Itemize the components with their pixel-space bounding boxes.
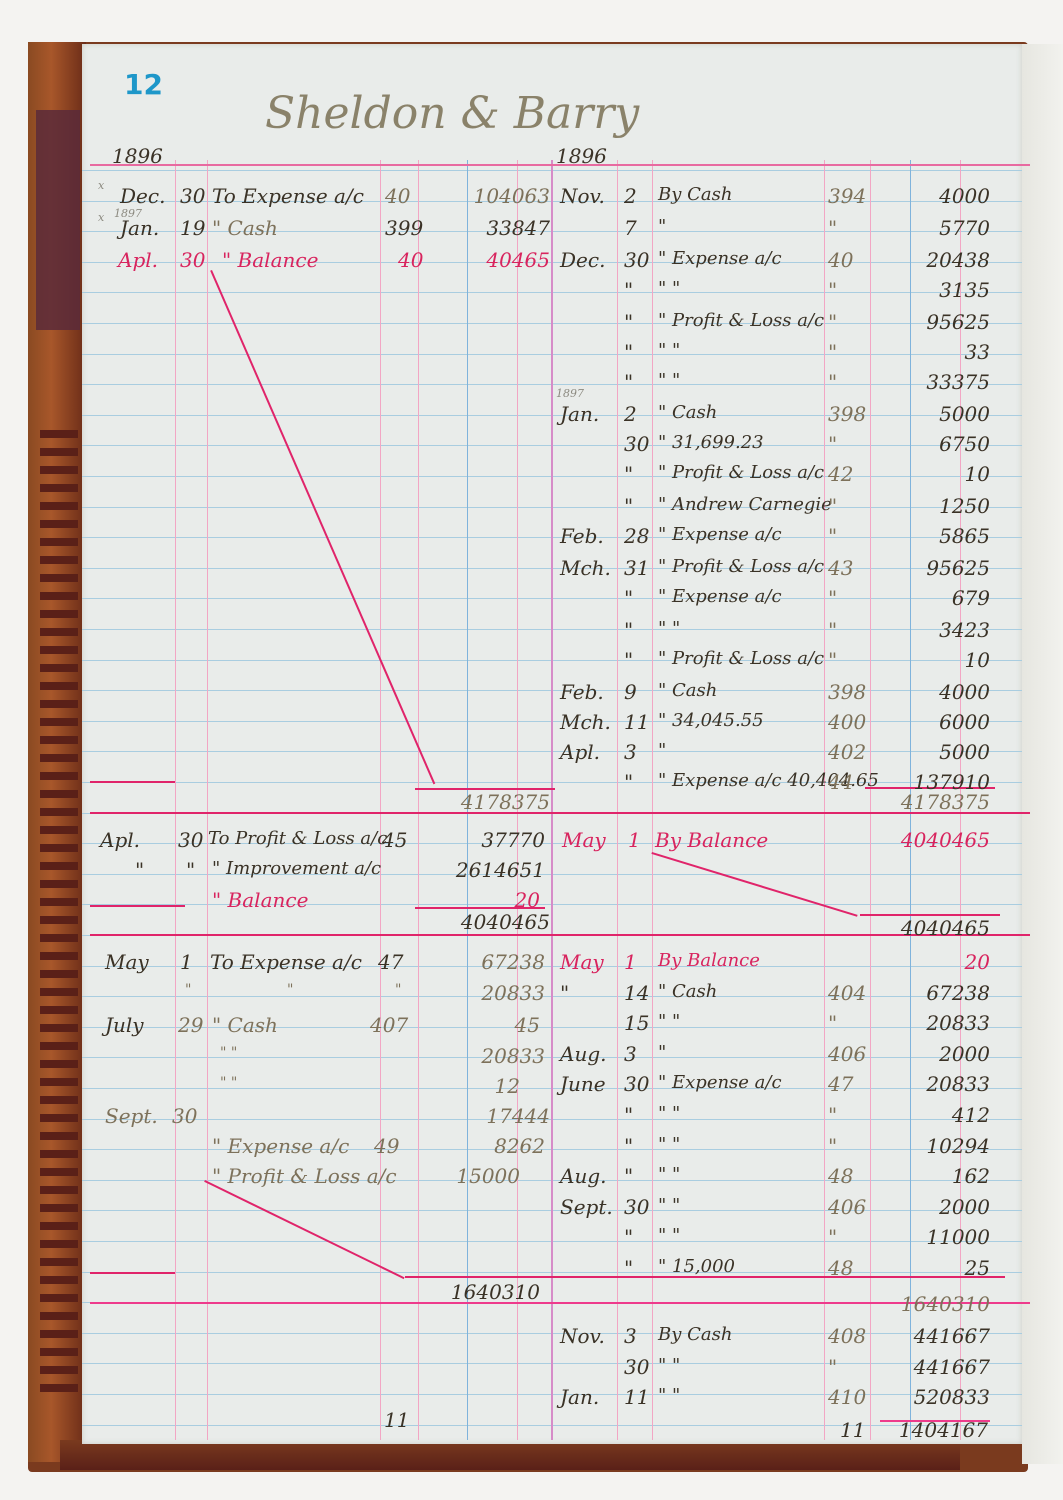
entry-date-day: 7 [624, 218, 637, 238]
entry-folio: " [828, 434, 837, 454]
entry-description: By Balance [655, 830, 768, 850]
entry-folio: " [828, 620, 837, 640]
entry-date-day: 30 [624, 1357, 649, 1377]
entry-amount: 10 [870, 650, 990, 670]
entry-date-day: 1 [624, 952, 637, 972]
spine-stripe [40, 610, 78, 618]
entry-description: " Andrew Carnegie [658, 496, 832, 514]
spine-stripe [40, 628, 78, 636]
entry-date-day: 2 [624, 404, 637, 424]
entry-month: Apl. [118, 250, 158, 270]
entry-amount: 5000 [870, 742, 990, 762]
entry-date-month: Nov. [560, 1326, 605, 1346]
entry-amount: 20833 [870, 1074, 990, 1094]
entry-amount: 20 [430, 890, 540, 910]
entry-amount: 4000 [870, 682, 990, 702]
debit-date-rule-3 [90, 1272, 175, 1274]
entry-amount: 4000 [870, 186, 990, 206]
credit-year-header: 1896 [556, 146, 607, 166]
entry-folio: " [828, 218, 837, 238]
spine-stripe [40, 1078, 78, 1086]
entry-description: " Expense a/c [212, 1136, 349, 1156]
spine-stripe [40, 502, 78, 510]
facing-page-edge [1022, 44, 1063, 1464]
spine-stripe [40, 1114, 78, 1122]
entry-folio: 398 [828, 404, 866, 424]
entry-date-day: " [624, 1105, 633, 1125]
entry-folio: 410 [828, 1387, 866, 1407]
spine-stripe [40, 826, 78, 834]
entry-day: 30 [178, 830, 203, 850]
entry-folio: 399 [385, 218, 423, 238]
entry-day: " [186, 860, 195, 880]
entry-description: " 15,000 [658, 1258, 735, 1276]
col-folio-divider [380, 160, 381, 1440]
col-amount-divider [418, 160, 419, 1440]
account-title: Sheldon & Barry [265, 92, 639, 136]
spine-stripe [40, 952, 78, 960]
entry-description: " " [658, 1105, 680, 1123]
entry-day: 1 [180, 952, 193, 972]
ditto-folio: " [395, 983, 401, 997]
entry-folio: 408 [828, 1326, 866, 1346]
entry-amount: 162 [870, 1166, 990, 1186]
entry-date-day: " [624, 312, 633, 332]
spine-stripe [40, 682, 78, 690]
spine-stripe [40, 1150, 78, 1158]
entry-month: May [562, 830, 606, 850]
spine-stripe [40, 592, 78, 600]
spine-stripe [40, 844, 78, 852]
entry-amount: 95625 [870, 558, 990, 578]
spine-stripe [40, 484, 78, 492]
entry-day: 1 [628, 830, 641, 850]
entry-folio: " [828, 312, 837, 332]
entry-amount: 15000 [420, 1166, 520, 1186]
entry-amount: 10294 [870, 1136, 990, 1156]
entry-amount: 5865 [870, 526, 990, 546]
center-divider [551, 160, 553, 1440]
entry-folio: 49 [374, 1136, 399, 1156]
entry-date-day: 3 [624, 1044, 637, 1064]
spine-stripe [40, 1240, 78, 1248]
entry-folio: 407 [370, 1015, 408, 1035]
entry-date-month: Nov. [560, 186, 605, 206]
entry-amount: 5770 [870, 218, 990, 238]
entry-date-month: Feb. [560, 526, 604, 546]
spine-stripe [40, 1204, 78, 1212]
entry-amount: 12 [440, 1076, 520, 1096]
entry-date-day: 14 [624, 983, 649, 1003]
spine-stripe [40, 1276, 78, 1284]
entry-date-day: " [624, 1227, 633, 1247]
entry-date-day: 3 [624, 742, 637, 762]
entry-date-month: Mch. [560, 712, 611, 732]
entry-description: " " [658, 620, 680, 638]
ditto-desc: " " [220, 1076, 237, 1090]
entry-date-day: 30 [624, 1197, 649, 1217]
entry-folio: " [828, 650, 837, 670]
entry-day: 19 [180, 218, 205, 238]
entry-amount: 2614651 [430, 860, 545, 880]
entry-amount: 2000 [870, 1197, 990, 1217]
entry-amount: 17444 [440, 1106, 550, 1126]
spine-stripe [40, 718, 78, 726]
credit-subtotal-2: 4040465 [850, 918, 990, 938]
entry-amount: 3135 [870, 280, 990, 300]
entry-description: " Profit & Loss a/c [658, 650, 824, 668]
entry-date-day: " [624, 772, 633, 792]
cr-col-desc-divider [652, 160, 653, 1440]
entry-amount: 20438 [870, 250, 990, 270]
entry-description: " " [658, 372, 680, 390]
entry-amount: 33847 [440, 218, 550, 238]
entry-amount: 20833 [440, 1046, 545, 1066]
entry-description: " Profit & Loss a/c [658, 558, 824, 576]
entry-date-day: " [624, 588, 633, 608]
entry-folio: " [828, 496, 837, 516]
entry-description: " Balance [212, 890, 308, 910]
entry-folio: " [828, 1357, 837, 1377]
entry-month: " [135, 860, 144, 880]
spine-stripe [40, 1024, 78, 1032]
spine-stripe [40, 1222, 78, 1230]
entry-description: To Expense a/c [212, 186, 364, 206]
entry-date-month: Jan. [560, 1387, 599, 1407]
entry-folio: 402 [828, 742, 866, 762]
credit-subtotal-3: 1640310 [855, 1294, 990, 1314]
spine-stripe [40, 1294, 78, 1302]
entry-day: 30 [180, 250, 205, 270]
margin-mark: x [98, 212, 104, 223]
entry-date-month: Jan. [560, 404, 599, 424]
cr-col-day-divider [617, 160, 618, 1440]
entry-date-day: " [624, 1136, 633, 1156]
spine-stripe [40, 664, 78, 672]
entry-description: By Cash [658, 186, 732, 204]
entry-description: " Cash [212, 1015, 278, 1035]
entry-date-day: " [624, 280, 633, 300]
credit-footer-total: 1404167 [860, 1420, 988, 1440]
entry-amount: 3423 [870, 620, 990, 640]
entry-description: To Expense a/c [210, 952, 362, 972]
entry-description: " " [658, 1166, 680, 1184]
entry-month: Dec. [120, 186, 165, 206]
entry-date-day: 11 [624, 1387, 649, 1407]
entry-amount: 20833 [440, 983, 545, 1003]
spine-stripe [40, 448, 78, 456]
debit-date-rule-1 [90, 781, 175, 783]
entry-amount: 441667 [870, 1326, 990, 1346]
entry-amount: 10 [870, 464, 990, 484]
debit-subtotal-1: 4178375 [420, 792, 550, 812]
entry-date-day: " [624, 496, 633, 516]
spine-patch [36, 110, 80, 330]
entry-month: Apl. [100, 830, 140, 850]
entry-date-month: May [560, 952, 604, 972]
entry-amount: 1250 [870, 496, 990, 516]
spine-stripe [40, 1384, 78, 1392]
entry-date-day: " [624, 620, 633, 640]
ditto-desc: " " [220, 1046, 237, 1060]
entry-folio: 40 [385, 186, 410, 206]
entry-amount: 2000 [870, 1044, 990, 1064]
spine-stripe [40, 556, 78, 564]
entry-description: " Expense a/c [658, 250, 782, 268]
entry-date-day: " [624, 464, 633, 484]
entry-amount: 137910 [870, 772, 990, 792]
entry-date-day: 2 [624, 186, 637, 206]
entry-folio: " [828, 280, 837, 300]
page-number: 12 [124, 68, 163, 101]
entry-folio: 42 [828, 464, 853, 484]
entry-date-month: " [560, 983, 569, 1003]
entry-description: " Improvement a/c [212, 860, 381, 878]
entry-month: Jan. [120, 218, 159, 238]
entry-folio: 47 [378, 952, 403, 972]
entry-amount: 20 [870, 952, 990, 972]
entry-date-day: " [624, 372, 633, 392]
entry-date-day: " [624, 342, 633, 362]
entry-date-day: 28 [624, 526, 649, 546]
entry-folio: " [828, 1105, 837, 1125]
ditto-desc: " [287, 983, 293, 997]
entry-description: " 31,699.23 [658, 434, 764, 452]
spine-stripe [40, 1132, 78, 1140]
entry-year: 1897 [556, 388, 584, 399]
entry-amount: 67238 [870, 983, 990, 1003]
entry-description: By Cash [658, 1326, 732, 1344]
entry-description: By Balance [658, 952, 760, 970]
spine-stripe [40, 1348, 78, 1356]
entry-folio: " [828, 342, 837, 362]
col-desc-divider [207, 160, 208, 1440]
entry-month: July [105, 1015, 144, 1035]
entry-amount: 520833 [870, 1387, 990, 1407]
entry-date-day: 30 [624, 250, 649, 270]
spine-stripe [40, 970, 78, 978]
entry-description: " Expense a/c [658, 588, 782, 606]
entry-folio: 398 [828, 682, 866, 702]
spine-stripe [40, 862, 78, 870]
entry-description: " " [658, 280, 680, 298]
spine-stripe [40, 1096, 78, 1104]
entry-amount: 104063 [440, 186, 550, 206]
entry-description: " [658, 742, 666, 760]
entry-folio: 47 [828, 1074, 853, 1094]
spine-stripe [40, 754, 78, 762]
entry-description: To Profit & Loss a/c [208, 830, 387, 848]
entry-folio: 44 [828, 772, 853, 792]
entry-month: Sept. [105, 1106, 158, 1126]
entry-description: " Balance [222, 250, 318, 270]
entry-description: " " [658, 342, 680, 360]
spine-stripe [40, 466, 78, 474]
spine-stripe [40, 880, 78, 888]
spine-stripe [40, 1366, 78, 1374]
entry-date-day: 30 [624, 1074, 649, 1094]
entry-amount: 441667 [870, 1357, 990, 1377]
spine-stripe [40, 1060, 78, 1068]
entry-amount: 33 [870, 342, 990, 362]
entry-folio: " [828, 526, 837, 546]
entry-description: " " [658, 1357, 680, 1375]
spine-stripe [40, 808, 78, 816]
entry-amount: 95625 [870, 312, 990, 332]
spine-stripe [40, 1258, 78, 1266]
entry-folio: 48 [828, 1258, 853, 1278]
entry-description: " Profit & Loss a/c [658, 312, 824, 330]
entry-folio: " [828, 1227, 837, 1247]
cr-col-folio-divider [824, 160, 825, 1440]
entry-amount: 40465 [440, 250, 550, 270]
entry-folio: 404 [828, 983, 866, 1003]
entry-amount: 8262 [440, 1136, 545, 1156]
entry-date-day: 30 [624, 434, 649, 454]
credit-subtotal-1: 4178375 [855, 792, 990, 812]
spine-stripe [40, 1168, 78, 1176]
spine-stripe [40, 772, 78, 780]
spine-stripe [40, 700, 78, 708]
entry-folio: 40 [828, 250, 853, 270]
entry-date-day: " [624, 650, 633, 670]
spine-stripe [40, 430, 78, 438]
entry-description: " [658, 1044, 666, 1062]
entry-date-month: Feb. [560, 682, 604, 702]
entry-amount: 33375 [870, 372, 990, 392]
debit-footer-folio: 11 [384, 1410, 409, 1430]
spine-stripe [40, 934, 78, 942]
entry-amount: 4040465 [850, 830, 990, 850]
entry-day: 30 [180, 186, 205, 206]
entry-date-month: Dec. [560, 250, 605, 270]
entry-description: " [658, 218, 666, 236]
debit-subtotal-3: 1640310 [410, 1282, 540, 1302]
entry-date-month: Apl. [560, 742, 600, 762]
entry-date-day: " [624, 1258, 633, 1278]
entry-description: " " [658, 1387, 680, 1405]
entry-month: May [105, 952, 149, 972]
entry-amount: 45 [440, 1015, 540, 1035]
entry-amount: 20833 [870, 1013, 990, 1033]
entry-amount: 37770 [430, 830, 545, 850]
entry-description: " " [658, 1227, 680, 1245]
spine-stripe [40, 1330, 78, 1338]
spine-stripe [40, 1186, 78, 1194]
entry-folio: 48 [828, 1166, 853, 1186]
spine-stripe [40, 790, 78, 798]
page-bottom-edge [60, 1440, 960, 1470]
spine-stripe [40, 520, 78, 528]
spine-stripe [40, 1006, 78, 1014]
spine-stripe [40, 898, 78, 906]
ditto-day: " [185, 983, 191, 997]
entry-day: 29 [178, 1015, 203, 1035]
spine-stripe [40, 574, 78, 582]
debit-year-header: 1896 [112, 146, 163, 166]
entry-folio: 40 [398, 250, 423, 270]
debit-subtotal-2: 4040465 [420, 912, 550, 932]
entry-date-day: 3 [624, 1326, 637, 1346]
spine-stripe [40, 988, 78, 996]
entry-amount: 679 [870, 588, 990, 608]
entry-date-day: 15 [624, 1013, 649, 1033]
entry-folio: " [828, 1013, 837, 1033]
spine-stripe [40, 1312, 78, 1320]
entry-description: " Expense a/c [658, 1074, 782, 1092]
entry-date-month: Aug. [560, 1166, 606, 1186]
entry-date-month: Aug. [560, 1044, 606, 1064]
entry-folio: 43 [828, 558, 853, 578]
entry-amount: 67238 [440, 952, 545, 972]
entry-amount: 6000 [870, 712, 990, 732]
entry-description: " Expense a/c [658, 526, 782, 544]
header-rule [90, 164, 1030, 166]
entry-date-month: Mch. [560, 558, 611, 578]
entry-amount: 5000 [870, 404, 990, 424]
entry-description: " 34,045.55 [658, 712, 764, 730]
entry-folio: 406 [828, 1197, 866, 1217]
entry-day: 30 [172, 1106, 197, 1126]
entry-amount: 412 [870, 1105, 990, 1125]
section-rule-1 [90, 812, 1030, 814]
entry-date-month: Sept. [560, 1197, 613, 1217]
margin-mark: x [98, 180, 104, 191]
entry-description: " Cash [212, 218, 278, 238]
entry-folio: " [828, 372, 837, 392]
spine-stripe [40, 646, 78, 654]
entry-description: " Cash [658, 404, 717, 422]
spine-stripe [40, 736, 78, 744]
spine-stripe [40, 538, 78, 546]
entry-date-day: 9 [624, 682, 637, 702]
entry-description: " Profit & Loss a/c [212, 1166, 397, 1186]
entry-description: " " [658, 1013, 680, 1031]
entry-folio: 406 [828, 1044, 866, 1064]
entry-folio: " [828, 588, 837, 608]
entry-date-day: 11 [624, 712, 649, 732]
spine-stripe [40, 1042, 78, 1050]
entry-date-month: June [560, 1074, 606, 1094]
entry-date-day: 31 [624, 558, 649, 578]
entry-folio: " [828, 1136, 837, 1156]
entry-description: " Cash [658, 682, 717, 700]
entry-folio: 400 [828, 712, 866, 732]
entry-folio: 45 [382, 830, 407, 850]
entry-description: " " [658, 1197, 680, 1215]
spine-stripe [40, 916, 78, 924]
entry-date-day: " [624, 1166, 633, 1186]
entry-amount: 25 [870, 1258, 990, 1278]
entry-description: " Cash [658, 983, 717, 1001]
entry-amount: 6750 [870, 434, 990, 454]
entry-description: " " [658, 1136, 680, 1154]
debit-date-rule-2 [90, 905, 185, 907]
entry-folio: 394 [828, 186, 866, 206]
entry-amount: 11000 [870, 1227, 990, 1247]
entry-description: " Profit & Loss a/c [658, 464, 824, 482]
col-date-day-divider [175, 160, 176, 1440]
